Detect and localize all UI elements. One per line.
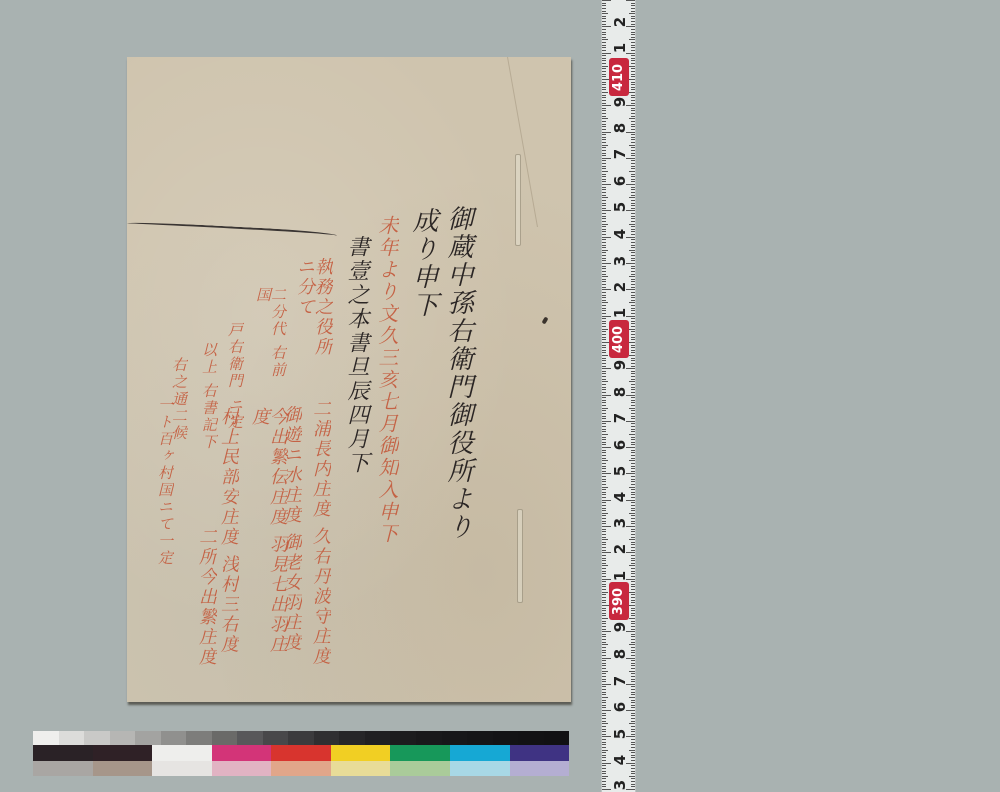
ruler-tick xyxy=(602,373,606,374)
ruler-tick xyxy=(629,329,635,330)
ruler-tick xyxy=(602,529,606,530)
ruler-tick xyxy=(631,442,635,443)
ruler-tick xyxy=(629,39,635,40)
ruler-tick xyxy=(602,413,606,414)
ruler-tick xyxy=(602,658,611,659)
ruler-tick xyxy=(602,631,611,632)
ruler-tick xyxy=(631,510,635,511)
ruler-tick xyxy=(629,355,635,356)
ruler-tick xyxy=(631,679,635,680)
ruler-tick xyxy=(602,32,606,33)
ruler-tick xyxy=(602,689,606,690)
ruler-tick xyxy=(602,494,606,495)
ruler-tick xyxy=(602,642,606,643)
ruler-tick xyxy=(602,8,606,9)
ruler-tick xyxy=(602,258,606,259)
ruler-tick xyxy=(602,789,611,790)
ruler-tick xyxy=(602,16,606,17)
ruler-tick xyxy=(602,660,606,661)
ruler-tick xyxy=(602,576,606,577)
ruler-number-label: 2 xyxy=(611,542,629,556)
ruler-tick xyxy=(631,702,635,703)
ruler-tick xyxy=(602,458,606,459)
ruler-tick xyxy=(629,197,635,198)
red-annotation-2: 二浦長内庄度 久右丹波守庄度 xyxy=(311,399,329,669)
ruler-tick xyxy=(631,255,635,256)
ruler-tick xyxy=(602,160,606,161)
ruler-tick xyxy=(602,731,606,732)
red-annotation-12: 一ト百ヶ村国ニて一定 xyxy=(157,397,172,567)
ruler-tick xyxy=(602,784,606,785)
ruler-tick xyxy=(602,279,606,280)
color-patch-saturated xyxy=(93,745,153,761)
ruler-tick xyxy=(631,192,635,193)
gray-step xyxy=(59,731,85,745)
ruler-tick xyxy=(631,337,635,338)
ruler-tick xyxy=(631,371,635,372)
red-annotation-5: 村上民部安庄度 浅村三右度 xyxy=(219,407,237,667)
ruler-tick xyxy=(631,784,635,785)
ruler-tick xyxy=(602,444,606,445)
ruler-tick xyxy=(631,439,635,440)
ink-rule-line xyxy=(127,221,337,244)
ruler-tick xyxy=(602,210,611,211)
ruler-tick xyxy=(631,266,635,267)
ruler-tick xyxy=(602,55,606,56)
ruler-tick xyxy=(602,153,606,154)
ruler-tick xyxy=(631,752,635,753)
ruler-tick xyxy=(602,679,606,680)
ruler-tick xyxy=(602,726,606,727)
ruler-tick xyxy=(602,744,606,745)
color-patch-saturated xyxy=(271,745,331,761)
ruler-tick xyxy=(631,245,635,246)
ruler-tick xyxy=(631,274,635,275)
ruler-tick xyxy=(631,508,635,509)
ruler-tick xyxy=(602,313,606,314)
color-patch-saturated xyxy=(390,745,450,761)
ruler-tick xyxy=(602,266,606,267)
ruler-tick xyxy=(631,571,635,572)
ruler-tick xyxy=(602,652,606,653)
ruler-tick xyxy=(631,321,635,322)
ruler-tick xyxy=(631,352,635,353)
ruler-tick xyxy=(602,116,606,117)
ruler-tick xyxy=(631,84,635,85)
ruler-number-label: 2 xyxy=(611,280,629,294)
ruler-tick xyxy=(629,302,635,303)
ruler-tick xyxy=(631,584,635,585)
ruler-tick xyxy=(602,163,606,164)
ruler-tick xyxy=(602,550,606,551)
ruler-tick xyxy=(602,50,606,51)
ruler-tick xyxy=(602,218,606,219)
ruler-tick xyxy=(631,544,635,545)
ruler-tick xyxy=(602,508,606,509)
manuscript-page: 御蔵中孫右衛門御役所より 成り申下 書壹之本書旦辰四月下 未年より文久三亥七月御… xyxy=(127,57,571,702)
ruler-tick xyxy=(602,423,606,424)
ruler-tick xyxy=(602,665,606,666)
ruler-number-label: 9 xyxy=(611,95,629,109)
ruler-tick xyxy=(631,74,635,75)
ruler-tick xyxy=(631,639,635,640)
ruler-tick xyxy=(602,673,606,674)
ruler-tick xyxy=(631,8,635,9)
ruler-tick xyxy=(631,463,635,464)
ruler-tick xyxy=(631,437,635,438)
ruler-tick xyxy=(602,707,606,708)
ruler-tick xyxy=(602,242,606,243)
ruler-tick xyxy=(631,715,635,716)
ruler-tick xyxy=(631,600,635,601)
ruler-tick xyxy=(631,673,635,674)
ruler-tick xyxy=(631,47,635,48)
ruler-tick xyxy=(631,110,635,111)
ruler-tick xyxy=(602,60,606,61)
ruler-tick xyxy=(631,413,635,414)
title-column-1: 御蔵中孫右衛門御役所より xyxy=(445,205,471,565)
ruler-tick xyxy=(631,76,635,77)
ruler-tick xyxy=(631,771,635,772)
ruler-tick xyxy=(631,279,635,280)
ruler-number-label: 6 xyxy=(611,438,629,452)
ruler-tick xyxy=(631,363,635,364)
ruler-tick xyxy=(602,326,606,327)
ruler-tick xyxy=(602,492,606,493)
ruler-tick xyxy=(631,668,635,669)
ruler-tick xyxy=(602,100,606,101)
ruler-tick xyxy=(631,423,635,424)
ruler-tick xyxy=(602,681,606,682)
ruler-tick xyxy=(631,481,635,482)
ruler-tick xyxy=(602,63,606,64)
ruler-tick xyxy=(631,765,635,766)
ruler-tick xyxy=(631,389,635,390)
ruler-tick xyxy=(631,95,635,96)
ruler-badge-label: 390 xyxy=(609,582,629,620)
ruler-tick xyxy=(602,34,606,35)
ruler-tick xyxy=(602,623,606,624)
ruler-tick xyxy=(631,534,635,535)
ruler-tick xyxy=(602,213,606,214)
ruler-tick xyxy=(602,539,608,540)
ruler-tick xyxy=(602,105,611,106)
ruler-tick xyxy=(631,558,635,559)
ruler-tick xyxy=(629,92,635,93)
ruler-tick xyxy=(631,318,635,319)
ruler-tick xyxy=(602,200,606,201)
color-patch-tint xyxy=(450,761,510,777)
ruler-tick xyxy=(602,379,606,380)
ruler-tick xyxy=(631,24,635,25)
ruler-tick xyxy=(602,197,608,198)
ruler-tick xyxy=(602,18,606,19)
ruler-tick xyxy=(631,694,635,695)
ruler-number-label: 1 xyxy=(611,41,629,55)
ruler-tick xyxy=(602,195,606,196)
ruler-tick xyxy=(602,224,608,225)
color-patch-tint xyxy=(510,761,570,777)
ruler-tick xyxy=(602,697,608,698)
ruler-tick xyxy=(602,166,606,167)
ruler-tick xyxy=(602,487,608,488)
ruler-tick xyxy=(602,429,606,430)
ruler-tick xyxy=(631,718,635,719)
ruler-tick xyxy=(602,515,606,516)
ruler-tick xyxy=(631,689,635,690)
ruler-tick xyxy=(631,37,635,38)
ruler-tick xyxy=(631,742,635,743)
ruler-tick xyxy=(602,187,606,188)
ruler-tick xyxy=(631,402,635,403)
ruler-tick xyxy=(602,226,606,227)
title-column-2: 成り申下 xyxy=(410,207,436,417)
ruler-tick xyxy=(602,702,606,703)
color-patches xyxy=(33,745,569,776)
ruler-tick xyxy=(631,150,635,151)
ruler-tick xyxy=(602,479,606,480)
ruler-number-label: 4 xyxy=(611,490,629,504)
ruler-tick xyxy=(602,786,606,787)
ruler-tick xyxy=(602,71,606,72)
ruler-tick xyxy=(631,326,635,327)
ruler-tick xyxy=(631,376,635,377)
ruler-number-label: 7 xyxy=(611,147,629,161)
gray-step xyxy=(416,731,442,745)
color-patch xyxy=(271,745,331,776)
ruler-tick xyxy=(631,11,635,12)
ruler-tick xyxy=(602,431,606,432)
ruler-tick xyxy=(602,184,611,185)
ruler-tick xyxy=(631,379,635,380)
ruler-tick xyxy=(602,760,606,761)
ruler-tick xyxy=(602,405,606,406)
gray-step xyxy=(314,731,340,745)
gray-step xyxy=(544,731,570,745)
ruler-tick xyxy=(602,245,606,246)
ruler-number-label: 8 xyxy=(611,647,629,661)
ruler-tick xyxy=(602,773,606,774)
ruler-tick xyxy=(631,163,635,164)
ruler-tick xyxy=(631,18,635,19)
ruler-tick xyxy=(602,715,606,716)
ruler-tick xyxy=(631,734,635,735)
ruler-tick xyxy=(602,710,611,711)
ruler-tick xyxy=(602,613,606,614)
ruler-tick xyxy=(631,757,635,758)
ruler-number-label: 7 xyxy=(611,411,629,425)
ruler-tick xyxy=(631,360,635,361)
ruler-tick xyxy=(602,171,608,172)
ruler-tick xyxy=(602,597,606,598)
ruler-tick xyxy=(602,765,606,766)
ruler-badge-label: 410 xyxy=(609,58,629,96)
ruler-tick xyxy=(629,13,635,14)
ruler-tick xyxy=(602,389,606,390)
ruler-tick xyxy=(631,121,635,122)
ruler-tick xyxy=(631,82,635,83)
ruler-tick xyxy=(602,321,606,322)
ruler-tick xyxy=(602,392,606,393)
ruler-tick xyxy=(631,626,635,627)
ruler-number-label: 9 xyxy=(611,358,629,372)
ruler-tick xyxy=(631,200,635,201)
ruler-tick xyxy=(602,310,606,311)
ruler-tick xyxy=(602,650,606,651)
ruler-tick xyxy=(631,260,635,261)
ruler-tick xyxy=(602,11,606,12)
ruler-tick xyxy=(602,565,608,566)
ruler-tick xyxy=(629,460,635,461)
ruler-tick xyxy=(631,589,635,590)
ruler-tick xyxy=(602,347,606,348)
ruler-tick xyxy=(629,408,635,409)
ruler-tick xyxy=(631,34,635,35)
ruler-tick xyxy=(602,742,606,743)
ruler-tick xyxy=(602,384,606,385)
ruler-tick xyxy=(602,132,611,133)
ruler-tick xyxy=(631,410,635,411)
ruler-tick xyxy=(602,626,606,627)
ruler-tick xyxy=(602,418,606,419)
ruler-tick xyxy=(602,268,606,269)
ruler-tick xyxy=(631,760,635,761)
ruler-tick xyxy=(602,629,606,630)
ruler-tick xyxy=(602,3,606,4)
ruler-tick xyxy=(602,452,606,453)
color-patch-saturated xyxy=(450,745,510,761)
ruler-tick xyxy=(602,729,606,730)
color-patch-tint xyxy=(152,761,212,777)
ruler-tick xyxy=(602,434,608,435)
ruler-tick xyxy=(631,89,635,90)
ruler-tick xyxy=(602,263,611,264)
ruler-tick xyxy=(631,515,635,516)
ruler-tick xyxy=(631,310,635,311)
ruler-tick xyxy=(631,216,635,217)
ruler-tick xyxy=(602,484,606,485)
ruler-tick xyxy=(631,518,635,519)
ruler-tick xyxy=(631,705,635,706)
ruler-tick xyxy=(631,139,635,140)
ruler-tick xyxy=(631,489,635,490)
ruler-tick xyxy=(602,718,606,719)
ruler-tick xyxy=(629,592,635,593)
ruler-tick xyxy=(602,408,608,409)
gray-step xyxy=(263,731,289,745)
ruler-tick xyxy=(631,586,635,587)
ruler-tick xyxy=(631,608,635,609)
gray-step xyxy=(365,731,391,745)
ruler-tick xyxy=(602,615,606,616)
ruler-tick xyxy=(631,747,635,748)
ruler-tick xyxy=(631,129,635,130)
ruler-tick xyxy=(602,287,606,288)
ruler-tick xyxy=(631,213,635,214)
ruler-tick xyxy=(631,613,635,614)
ruler-tick xyxy=(602,139,606,140)
gray-step xyxy=(135,731,161,745)
gray-step xyxy=(237,731,263,745)
ruler-tick xyxy=(631,271,635,272)
ruler-tick xyxy=(602,368,611,369)
ruler-tick xyxy=(631,729,635,730)
ruler-tick xyxy=(602,300,606,301)
ruler-tick xyxy=(602,323,606,324)
ruler-tick xyxy=(631,142,635,143)
ruler-tick xyxy=(629,565,635,566)
ruler-tick xyxy=(602,252,606,253)
red-annotation-7: 執務之役所 ニ分て xyxy=(295,257,331,377)
ruler-tick xyxy=(631,68,635,69)
gray-step xyxy=(84,731,110,745)
ruler-tick xyxy=(631,134,635,135)
gray-step xyxy=(442,731,468,745)
ruler-tick xyxy=(631,768,635,769)
ruler-tick xyxy=(602,547,606,548)
ruler-tick xyxy=(602,560,606,561)
ruler-tick xyxy=(602,450,606,451)
ruler-tick xyxy=(631,87,635,88)
ruler-tick xyxy=(602,376,606,377)
ruler-tick xyxy=(602,305,606,306)
ruler-number-label: 3 xyxy=(611,516,629,530)
ruler-tick xyxy=(631,781,635,782)
ruler-tick xyxy=(631,560,635,561)
ruler-tick xyxy=(602,481,606,482)
ruler-tick xyxy=(602,21,606,22)
ruler-tick xyxy=(602,505,606,506)
ruler-tick xyxy=(629,171,635,172)
ruler-tick xyxy=(631,32,635,33)
ruler-tick xyxy=(602,68,606,69)
ruler-tick xyxy=(631,153,635,154)
ruler-tick xyxy=(631,242,635,243)
ruler-tick xyxy=(631,563,635,564)
ruler-tick xyxy=(631,160,635,161)
ruler-tick xyxy=(602,205,606,206)
ruler-tick xyxy=(602,53,611,54)
ruler-tick xyxy=(631,63,635,64)
ruler-tick xyxy=(631,610,635,611)
ruler-tick xyxy=(631,203,635,204)
ruler-tick xyxy=(631,208,635,209)
ruler-tick xyxy=(631,21,635,22)
ruler-tick xyxy=(602,721,606,722)
ruler-tick xyxy=(631,707,635,708)
ruler-tick xyxy=(629,66,635,67)
ruler-tick xyxy=(631,550,635,551)
ruler-tick xyxy=(602,174,606,175)
ruler-tick xyxy=(602,179,606,180)
ruler-tick xyxy=(629,618,635,619)
color-patch-tint xyxy=(331,761,391,777)
ruler-tick xyxy=(602,147,606,148)
ruler-tick xyxy=(602,295,606,296)
ruler-tick xyxy=(631,137,635,138)
ruler-tick xyxy=(602,237,611,238)
ruler-tick xyxy=(631,602,635,603)
gray-step xyxy=(390,731,416,745)
ruler-tick xyxy=(631,258,635,259)
ruler-tick xyxy=(602,468,606,469)
ruler-tick xyxy=(631,652,635,653)
ruler-tick xyxy=(631,713,635,714)
ruler-tick xyxy=(631,239,635,240)
ruler-tick xyxy=(602,581,606,582)
ruler-tick xyxy=(602,134,606,135)
ruler-tick xyxy=(631,205,635,206)
